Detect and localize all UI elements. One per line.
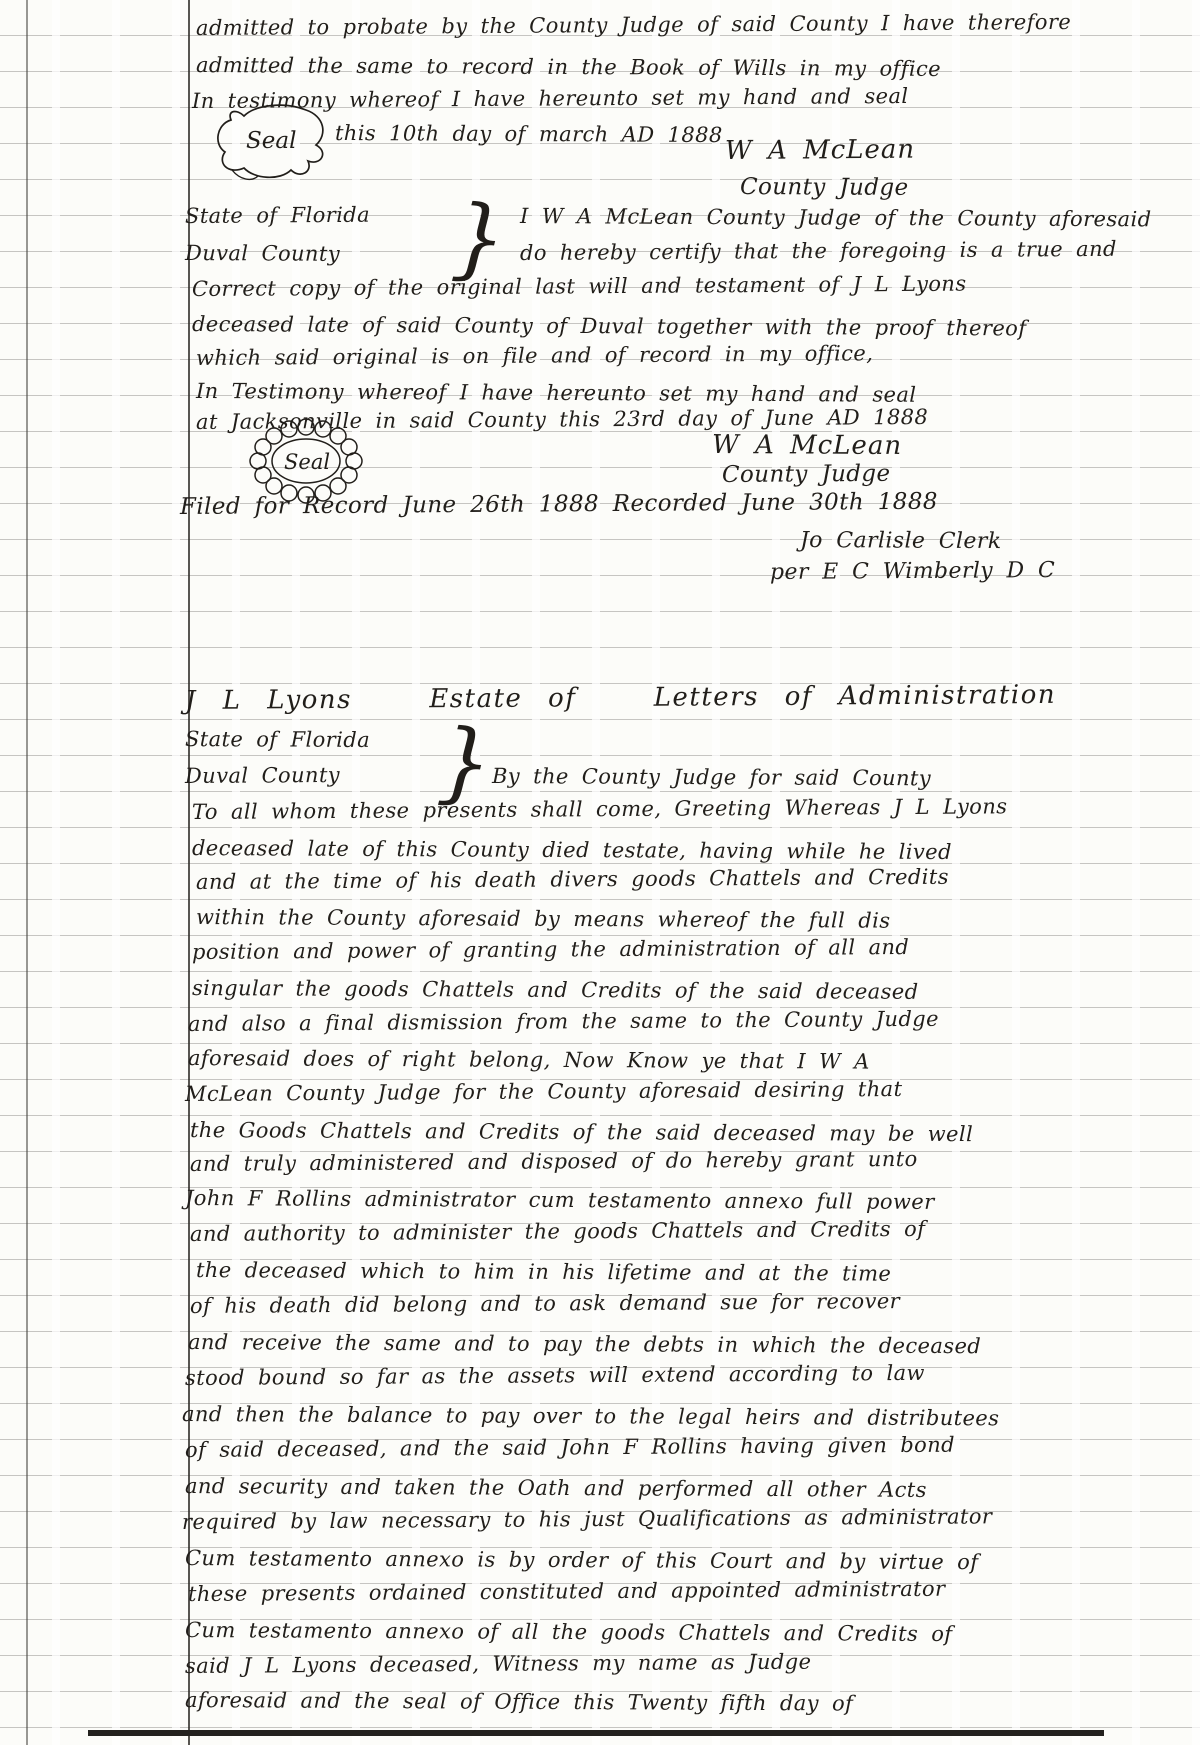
state-label: State of Florida: [185, 203, 370, 228]
handwritten-line: aforesaid and the seal of Office this Tw…: [185, 1688, 853, 1715]
handwritten-line: and then the balance to pay over to the …: [182, 1402, 999, 1430]
handwritten-line: I W A McLean County Judge of the County …: [520, 204, 1152, 231]
signature-title: County Judge: [722, 461, 891, 488]
handwritten-line: of his death did belong and to ask deman…: [190, 1289, 900, 1318]
handwritten-line: said J L Lyons deceased, Witness my name…: [185, 1650, 812, 1678]
handwritten-line: singular the goods Chattels and Credits …: [192, 976, 919, 1004]
deputy-clerk-signature: per E C Wimberly D C: [770, 558, 1055, 585]
left-edge-rule: [26, 0, 28, 1745]
handwritten-line: admitted the same to record in the Book …: [196, 53, 941, 81]
state-label: State of Florida: [185, 727, 370, 752]
handwritten-line: deceased late of said County of Duval to…: [192, 312, 1027, 340]
seal-label: Seal: [284, 450, 330, 474]
handwritten-line: aforesaid does of right belong, Now Know…: [188, 1046, 870, 1074]
handwritten-line: position and power of granting the admin…: [192, 935, 909, 964]
filing-line: Filed for Record June 26th 1888 Recorded…: [180, 489, 938, 520]
handwritten-line: deceased late of this County died testat…: [192, 836, 952, 864]
clerk-signature: Jo Carlisle Clerk: [800, 528, 1002, 554]
seal-label: Seal: [246, 128, 296, 154]
brace-mark: }: [435, 716, 494, 808]
handwritten-line: within the County aforesaid by means whe…: [196, 905, 891, 933]
handwritten-line: John F Rollins administrator cum testame…: [185, 1186, 935, 1214]
handwritten-line: this 10th day of march AD 1888: [335, 121, 723, 147]
estate-name: J L Lyons: [185, 685, 352, 716]
brace-mark: }: [449, 192, 508, 284]
page-bottom-edge: [88, 1730, 1104, 1736]
document-page: admitted to probate by the County Judge …: [0, 0, 1200, 1745]
handwritten-line: which said original is on file and of re…: [196, 341, 873, 370]
handwritten-line: and security and taken the Oath and perf…: [185, 1474, 927, 1502]
handwritten-line: and truly administered and disposed of d…: [190, 1147, 918, 1176]
by-judge-line: By the County Judge for said County: [492, 764, 931, 790]
handwritten-line: In Testimony whereof I have hereunto set…: [196, 379, 917, 407]
letters-admin-label: Letters of Administration: [654, 680, 1057, 713]
handwritten-line: do hereby certify that the foregoing is …: [520, 237, 1117, 265]
handwritten-line: Cum testamento annexo is by order of thi…: [185, 1546, 979, 1574]
county-label: Duval County: [185, 763, 340, 788]
section-title: J L Lyons Estate of Letters of Administr…: [185, 680, 1056, 716]
county-label: Duval County: [185, 241, 340, 266]
handwritten-line: and receive the same and to pay the debt…: [188, 1330, 981, 1358]
handwritten-line: the deceased which to him in his lifetim…: [196, 1258, 891, 1286]
signature-title: County Judge: [740, 174, 909, 201]
signature-wa-mclean: W A McLean: [725, 135, 915, 166]
handwritten-line: McLean County Judge for the County afore…: [185, 1077, 903, 1106]
signature-wa-mclean: W A McLean: [712, 430, 902, 461]
seal-scribble: Seal: [212, 100, 334, 184]
handwritten-line: Cum testamento annexo of all the goods C…: [185, 1618, 953, 1646]
handwritten-line: the Goods Chattels and Credits of the sa…: [190, 1118, 973, 1146]
handwritten-line: and authority to administer the goods Ch…: [190, 1217, 925, 1246]
